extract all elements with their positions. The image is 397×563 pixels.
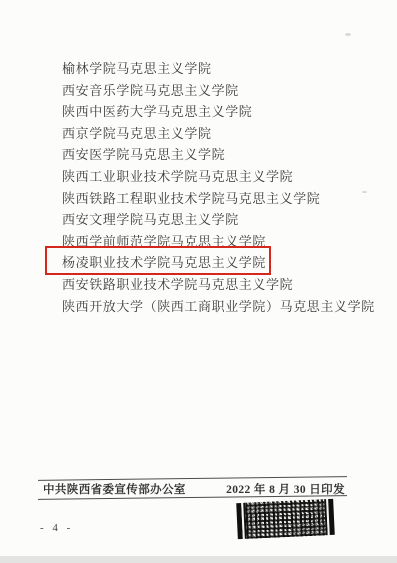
institution-name: 陕西工业职业技术学院马克思主义学院 (62, 169, 293, 184)
list-item: 西京学院马克思主义学院 (62, 123, 385, 145)
institution-name: 陕西中医药大学马克思主义学院 (62, 104, 252, 119)
institution-name: 榆林学院马克思主义学院 (62, 61, 212, 76)
list-item: 西安音乐学院马克思主义学院 (62, 80, 385, 102)
list-item: 西安铁路职业技术学院马克思主义学院 (62, 274, 385, 296)
institution-name: 陕西开放大学（陕西工商职业学院）马克思主义学院 (62, 299, 375, 314)
barcode-edge-bar (328, 499, 335, 535)
barcode-data-area (245, 499, 326, 539)
footer-row: 中共陕西省委宣传部办公室 2022 年 8 月 30 日印发 (43, 481, 345, 497)
list-item: 西安医学院马克思主义学院 (62, 144, 385, 166)
list-item: 陕西开放大学（陕西工商职业学院）马克思主义学院 (62, 296, 385, 318)
institution-name: 西安铁路职业技术学院马克思主义学院 (62, 277, 293, 292)
scan-speck (345, 33, 351, 36)
list-item: 陕西中医药大学马克思主义学院 (62, 101, 385, 123)
page-number: - 4 - (40, 522, 73, 534)
institution-name: 陕西铁路工程职业技术学院马克思主义学院 (62, 191, 320, 206)
scanned-document-page: 榆林学院马克思主义学院 西安音乐学院马克思主义学院 陕西中医药大学马克思主义学院… (0, 0, 397, 563)
list-item: 陕西工业职业技术学院马克思主义学院 (62, 166, 385, 188)
institution-list: 榆林学院马克思主义学院 西安音乐学院马克思主义学院 陕西中医药大学马克思主义学院… (62, 58, 385, 317)
list-item: 榆林学院马克思主义学院 (62, 58, 385, 80)
scan-edge-strip (0, 556, 397, 563)
institution-name: 西京学院马克思主义学院 (62, 126, 212, 141)
list-item: 西安文理学院马克思主义学院 (62, 209, 385, 231)
issuing-office: 中共陕西省委宣传部办公室 (43, 481, 186, 497)
institution-name: 西安医学院马克思主义学院 (62, 147, 225, 162)
list-item: 陕西铁路工程职业技术学院马克思主义学院 (62, 188, 385, 210)
barcode (236, 499, 335, 539)
institution-name: 西安文理学院马克思主义学院 (62, 212, 239, 227)
print-date: 2022 年 8 月 30 日印发 (226, 481, 345, 497)
highlight-box (45, 246, 271, 275)
institution-name: 西安音乐学院马克思主义学院 (62, 83, 239, 98)
